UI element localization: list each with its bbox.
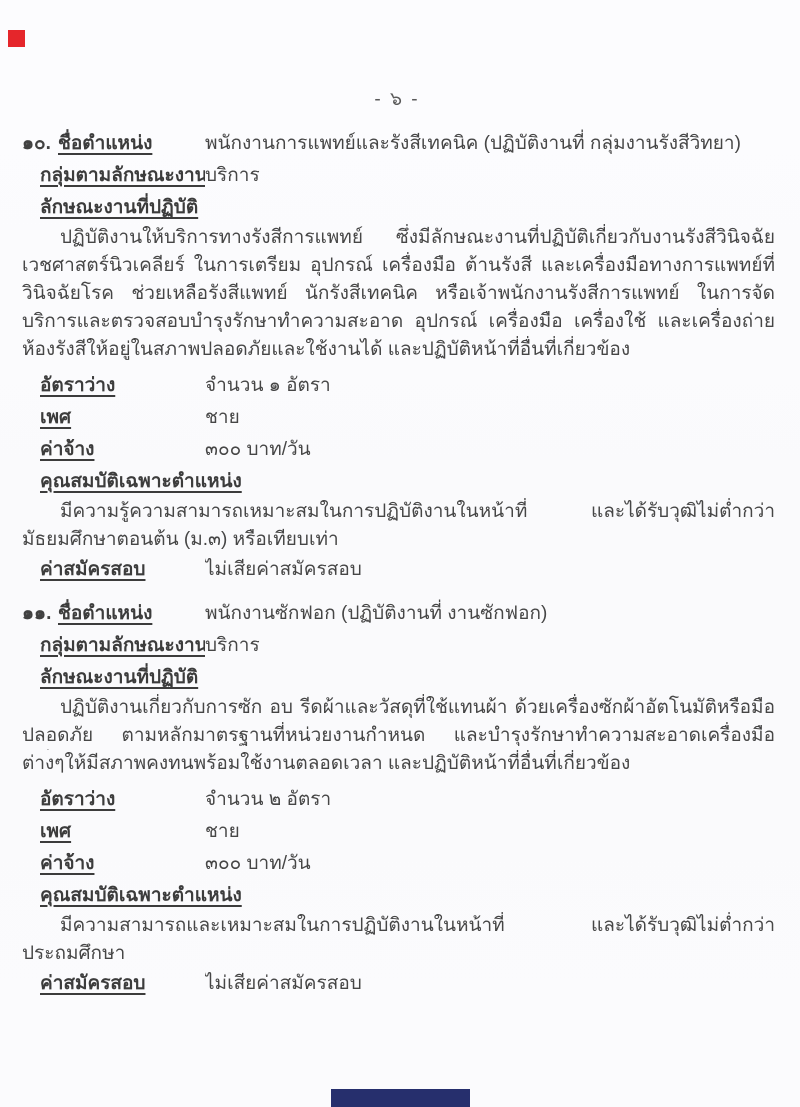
- gender-label-cell: เพศ: [22, 816, 205, 848]
- duties-label: ลักษณะงานที่ปฏิบัติ: [40, 667, 198, 688]
- duties-line: เวชศาสตร์นิวเคลียร์ ในการเตรียม อุปกรณ์ …: [22, 252, 775, 280]
- qualification-line: มีความสามารถและเหมาะสมในการปฏิบัติงานในห…: [22, 912, 775, 940]
- qualification-heading-row: คุณสมบัติเฉพาะตำแหน่ง: [22, 466, 775, 498]
- vacancy-label-cell: อัตราว่าง: [22, 784, 205, 816]
- duties-label-cell: ลักษณะงานที่ปฏิบัติ: [22, 192, 775, 224]
- duties-line: ปฏิบัติงานให้บริการทางรังสีการแพทย์ ซึ่ง…: [22, 224, 775, 252]
- duties-line: ปลอดภัย ตามหลักมาตรฐานที่หน่วยงานกำหนด แ…: [22, 722, 775, 750]
- gender-value: ชาย: [205, 816, 775, 848]
- group-value: บริการ: [205, 630, 775, 662]
- bottom-navy-bar: [331, 1089, 470, 1107]
- position-row: ๑๑.ชื่อตำแหน่ง พนักงานซักฟอก (ปฏิบัติงาน…: [22, 598, 775, 630]
- fee-label: ค่าสมัครสอบ: [40, 973, 145, 994]
- duties-line: ต่างๆให้มีสภาพคงทนพร้อมใช้งานตลอดเวลา แล…: [22, 750, 775, 778]
- fee-row: ค่าสมัครสอบ ไม่เสียค่าสมัครสอบ: [22, 968, 775, 1000]
- gender-label: เพศ: [40, 407, 71, 428]
- red-stamp-marker: [8, 30, 25, 47]
- vacancy-label-cell: อัตราว่าง: [22, 370, 205, 402]
- section-number: ๑๐.: [22, 128, 58, 160]
- fee-label-cell: ค่าสมัครสอบ: [22, 968, 205, 1000]
- duties-heading-row: ลักษณะงานที่ปฏิบัติ: [22, 662, 775, 694]
- qualification-heading-row: คุณสมบัติเฉพาะตำแหน่ง: [22, 880, 775, 912]
- position-label-cell: ๑๐.ชื่อตำแหน่ง: [22, 128, 205, 160]
- duties-line: บริการและตรวจสอบบำรุงรักษาทำความสะอาด อุ…: [22, 308, 775, 336]
- position-label: ชื่อตำแหน่ง: [58, 133, 152, 154]
- group-label-cell: กลุ่มตามลักษณะงาน: [22, 630, 205, 662]
- qualification-line: มัธยมศึกษาตอนต้น (ม.๓) หรือเทียบเท่า: [22, 526, 775, 554]
- qualification-line: มีความรู้ความสามารถเหมาะสมในการปฏิบัติงา…: [22, 498, 775, 526]
- duties-line: ห้องรังสีให้อยู่ในสภาพปลอดภัยและใช้งานได…: [22, 336, 775, 364]
- group-row: กลุ่มตามลักษณะงาน บริการ: [22, 630, 775, 662]
- fee-value: ไม่เสียค่าสมัครสอบ: [205, 968, 775, 1000]
- gender-label-cell: เพศ: [22, 402, 205, 434]
- duties-label: ลักษณะงานที่ปฏิบัติ: [40, 197, 198, 218]
- group-label-cell: กลุ่มตามลักษณะงาน: [22, 160, 205, 192]
- position-label-cell: ๑๑.ชื่อตำแหน่ง: [22, 598, 205, 630]
- duties-line: วินิจฉัยโรค ช่วยเหลือรังสีแพทย์ นักรังสี…: [22, 280, 775, 308]
- qualification-paragraph: มีความรู้ความสามารถเหมาะสมในการปฏิบัติงา…: [22, 498, 775, 554]
- wage-label-cell: ค่าจ้าง: [22, 434, 205, 466]
- position-value: พนักงานการแพทย์และรังสีเทคนิค (ปฏิบัติงา…: [205, 128, 775, 160]
- wage-label: ค่าจ้าง: [40, 853, 94, 874]
- section-number: ๑๑.: [22, 598, 58, 630]
- fee-value: ไม่เสียค่าสมัครสอบ: [205, 554, 775, 586]
- qualification-paragraph: มีความสามารถและเหมาะสมในการปฏิบัติงานในห…: [22, 912, 775, 968]
- qualification-label: คุณสมบัติเฉพาะตำแหน่ง: [40, 885, 242, 906]
- duties-heading-row: ลักษณะงานที่ปฏิบัติ: [22, 192, 775, 224]
- wage-label-cell: ค่าจ้าง: [22, 848, 205, 880]
- vacancy-label: อัตราว่าง: [40, 789, 115, 810]
- group-row: กลุ่มตามลักษณะงาน บริการ: [22, 160, 775, 192]
- scanned-document-page: - ๖ - ๑๐.ชื่อตำแหน่ง พนักงานการแพทย์และร…: [0, 0, 800, 1107]
- vacancy-label: อัตราว่าง: [40, 375, 115, 396]
- fee-label: ค่าสมัครสอบ: [40, 559, 145, 580]
- gender-label: เพศ: [40, 821, 71, 842]
- duties-paragraph: ปฏิบัติงานเกี่ยวกับการซัก อบ รีดผ้าและวั…: [22, 694, 775, 778]
- group-label: กลุ่มตามลักษณะงาน: [40, 165, 205, 186]
- duties-paragraph: ปฏิบัติงานให้บริการทางรังสีการแพทย์ ซึ่ง…: [22, 224, 775, 364]
- fields-block: อัตราว่าง จำนวน ๒ อัตรา เพศ ชาย ค่าจ้าง …: [22, 784, 775, 912]
- group-label: กลุ่มตามลักษณะงาน: [40, 635, 205, 656]
- fee-row: ค่าสมัครสอบ ไม่เสียค่าสมัครสอบ: [22, 554, 775, 586]
- wage-row: ค่าจ้าง ๓๐๐ บาท/วัน: [22, 848, 775, 880]
- wage-value: ๓๐๐ บาท/วัน: [205, 848, 775, 880]
- vacancy-value: จำนวน ๒ อัตรา: [205, 784, 775, 816]
- fields-block: อัตราว่าง จำนวน ๑ อัตรา เพศ ชาย ค่าจ้าง …: [22, 370, 775, 498]
- gender-row: เพศ ชาย: [22, 816, 775, 848]
- job-section-11: ๑๑.ชื่อตำแหน่ง พนักงานซักฟอก (ปฏิบัติงาน…: [22, 598, 775, 1000]
- vacancy-row: อัตราว่าง จำนวน ๑ อัตรา: [22, 370, 775, 402]
- qualification-line: ประถมศึกษา: [22, 940, 775, 968]
- qualification-label: คุณสมบัติเฉพาะตำแหน่ง: [40, 471, 242, 492]
- wage-label: ค่าจ้าง: [40, 439, 94, 460]
- duties-label-cell: ลักษณะงานที่ปฏิบัติ: [22, 662, 775, 694]
- fee-label-cell: ค่าสมัครสอบ: [22, 554, 205, 586]
- position-value: พนักงานซักฟอก (ปฏิบัติงานที่ งานซักฟอก): [205, 598, 775, 630]
- qualification-label-cell: คุณสมบัติเฉพาะตำแหน่ง: [22, 880, 775, 912]
- gender-value: ชาย: [205, 402, 775, 434]
- position-row: ๑๐.ชื่อตำแหน่ง พนักงานการแพทย์และรังสีเท…: [22, 128, 775, 160]
- wage-row: ค่าจ้าง ๓๐๐ บาท/วัน: [22, 434, 775, 466]
- gender-row: เพศ ชาย: [22, 402, 775, 434]
- vacancy-row: อัตราว่าง จำนวน ๒ อัตรา: [22, 784, 775, 816]
- job-section-10: ๑๐.ชื่อตำแหน่ง พนักงานการแพทย์และรังสีเท…: [22, 128, 775, 586]
- qualification-label-cell: คุณสมบัติเฉพาะตำแหน่ง: [22, 466, 775, 498]
- wage-value: ๓๐๐ บาท/วัน: [205, 434, 775, 466]
- group-value: บริการ: [205, 160, 775, 192]
- position-label: ชื่อตำแหน่ง: [58, 603, 152, 624]
- page-number: - ๖ -: [0, 84, 794, 114]
- duties-line: ปฏิบัติงานเกี่ยวกับการซัก อบ รีดผ้าและวั…: [22, 694, 775, 722]
- vacancy-value: จำนวน ๑ อัตรา: [205, 370, 775, 402]
